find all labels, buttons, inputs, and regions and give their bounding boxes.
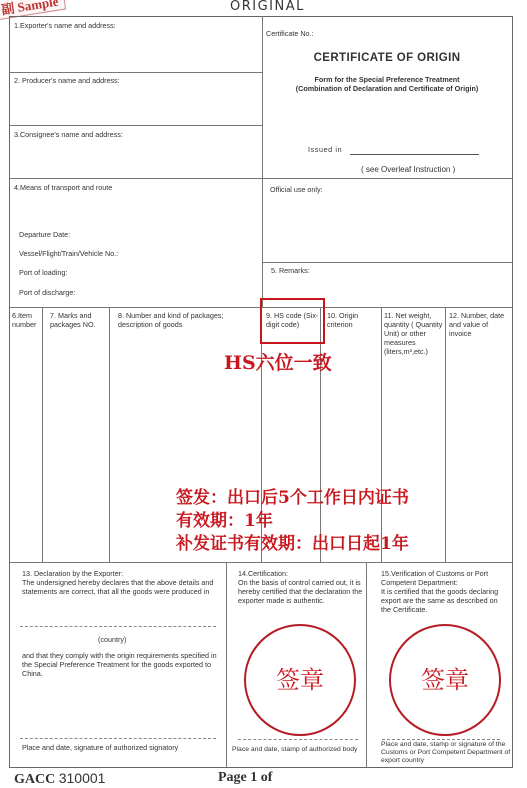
exporter-label: 1.Exporter's name and address:	[14, 21, 116, 30]
exporter-signature-label: Place and date, signature of authorized …	[22, 743, 178, 752]
divider	[9, 562, 512, 563]
column-description[interactable]: 8. Number and kind of packages; descript…	[118, 311, 258, 329]
certificate-title: CERTIFICATE OF ORIGIN	[262, 52, 512, 64]
port-discharge-field[interactable]: Port of discharge:	[19, 288, 75, 297]
verification-signature-field[interactable]	[382, 739, 500, 740]
producer-field[interactable]: 2. Producer's name and address:	[14, 76, 259, 122]
copy-label: ORIGINAL	[230, 0, 305, 14]
certificate-no-field[interactable]: Certificate No.:	[266, 29, 314, 38]
column-divider	[445, 307, 446, 562]
issue-note: 签发：出口后5个工作日内证书	[176, 487, 409, 509]
issued-in-field[interactable]	[350, 154, 479, 155]
certification-title: 14.Certification:	[238, 569, 288, 578]
declaration-title: 13. Declaration by the Exporter:	[22, 569, 123, 578]
divider	[9, 178, 512, 179]
column-origin-criterion[interactable]: 10. Origin criterion	[327, 311, 377, 329]
issued-in-label: Issued in	[308, 145, 342, 154]
departure-date-field[interactable]: Departure Date:	[19, 230, 70, 239]
verification-signature-label: Place and date, stamp or signature of th…	[381, 741, 511, 765]
verification-title: 15.Verification of Customs or Port Compe…	[381, 569, 506, 587]
transport-label: 4.Means of transport and route	[14, 183, 112, 192]
stamp-text: 签章	[391, 660, 499, 695]
country-label: (country)	[98, 635, 126, 644]
column-item-number[interactable]: 6.Item number	[12, 311, 41, 329]
country-field[interactable]	[20, 626, 216, 627]
column-divider	[109, 307, 110, 562]
certification-signature-label: Place and date, stamp of authorized body	[232, 745, 357, 754]
certificate-subtitle-1: Form for the Special Preference Treatmen…	[262, 75, 512, 84]
column-divider	[42, 307, 43, 562]
validity-note: 有效期：1年	[176, 510, 273, 532]
certification-text: On the basis of control carried out, it …	[238, 578, 363, 605]
hs-code-highlight	[260, 298, 325, 344]
form-code-prefix: GACC	[14, 772, 55, 787]
column-divider	[226, 562, 227, 767]
form-code-number: 310001	[59, 770, 106, 786]
hs-note: HS六位一致	[224, 352, 332, 374]
vessel-field[interactable]: Vessel/Flight/Train/Vehicle No.:	[19, 249, 118, 258]
column-net-weight[interactable]: 11. Net weight, quantity ( Quantity Unit…	[384, 311, 444, 356]
producer-label: 2. Producer's name and address:	[14, 76, 120, 85]
stamp-text: 签章	[246, 660, 354, 695]
declaration-text-2: and that they comply with the origin req…	[22, 651, 222, 678]
certificate-subtitle-2: (Combination of Declaration and Certific…	[262, 84, 512, 93]
reissue-note: 补发证书有效期：出口日起1年	[176, 533, 409, 555]
remarks-label: 5. Remarks:	[271, 266, 310, 275]
page-label: Page 1 of	[218, 770, 272, 786]
exporter-field[interactable]: 1.Exporter's name and address:	[14, 21, 259, 69]
verification-stamp: 签章	[389, 624, 501, 736]
official-use-field[interactable]: Official use only:	[270, 185, 508, 259]
divider	[9, 72, 262, 73]
official-use-label: Official use only:	[270, 185, 323, 194]
certification-stamp: 签章	[244, 624, 356, 736]
consignee-field[interactable]: 3.Consignee's name and address:	[14, 130, 259, 175]
column-invoice[interactable]: 12. Number, date and value of invoice	[449, 311, 509, 338]
consignee-label: 3.Consignee's name and address:	[14, 130, 123, 139]
column-divider	[366, 562, 367, 767]
form-code: GACC 310001	[14, 770, 105, 788]
column-divider	[381, 307, 382, 562]
exporter-signature-field[interactable]	[20, 738, 216, 739]
certification-signature-field[interactable]	[238, 739, 358, 740]
column-divider	[320, 307, 321, 562]
divider	[9, 125, 262, 126]
column-marks[interactable]: 7. Marks and packages NO.	[50, 311, 106, 329]
verification-text: It is certified that the goods declaring…	[381, 587, 509, 614]
port-loading-field[interactable]: Port of loading:	[19, 268, 67, 277]
declaration-text-1: The undersigned hereby declares that the…	[22, 578, 222, 596]
overleaf-note: ( see Overleaf Instruction )	[361, 165, 455, 174]
divider	[262, 262, 512, 263]
